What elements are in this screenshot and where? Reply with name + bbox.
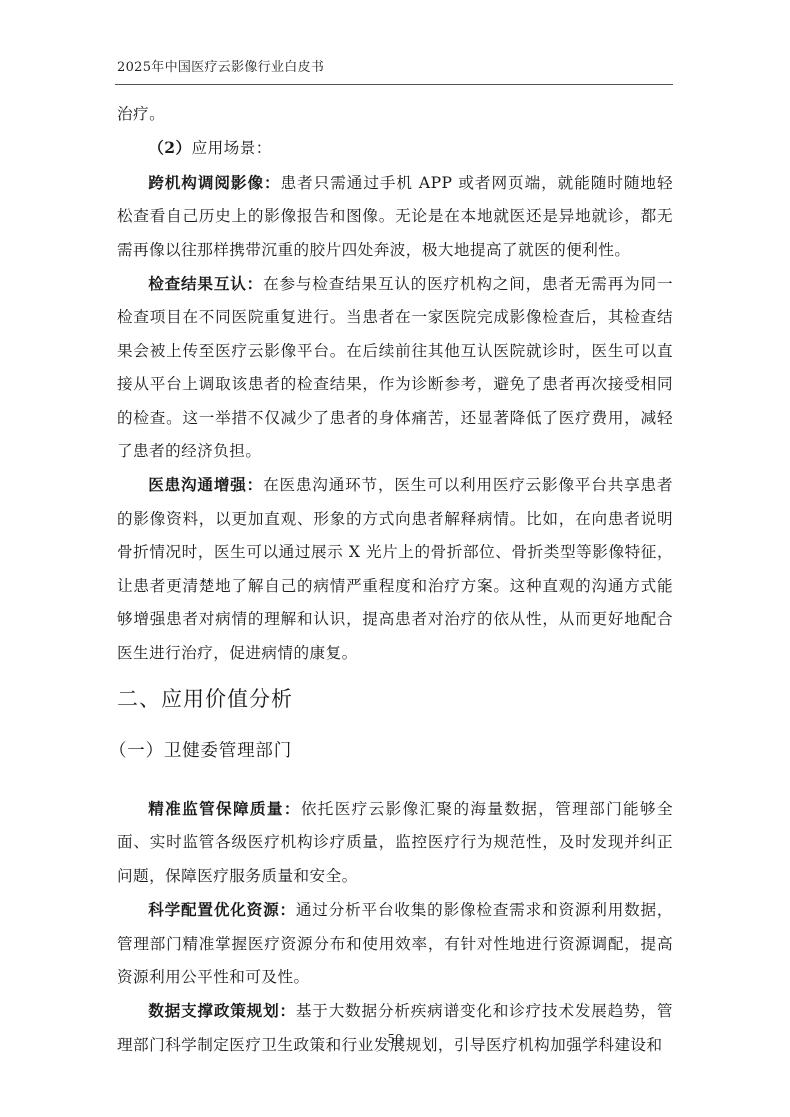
value-paragraph-resource-allocation: 科学配置优化资源：通过分析平台收集的影像检查需求和资源利用数据，管理部门精准掌握… <box>117 893 673 994</box>
section-heading: 二、应用价值分析 <box>117 670 673 728</box>
scenarios-heading: （2）应用场景： <box>117 131 673 165</box>
scenario-term: 跨机构调阅影像： <box>148 173 280 192</box>
page-number: 50 <box>117 1032 673 1046</box>
scenario-term: 检查结果互认： <box>148 274 263 293</box>
running-header: 2025年中国医疗云影像行业白皮书 <box>117 56 324 75</box>
value-paragraph-supervision: 精准监管保障质量：依托医疗云影像汇聚的海量数据，管理部门能够全面、实时监管各级医… <box>117 792 673 893</box>
scenario-text: 在参与检查结果互认的医疗机构之间，患者无需再为同一检查项目在不同医院重复进行。当… <box>117 275 673 460</box>
scenarios-heading-label: 应用场景： <box>192 139 272 157</box>
value-paragraph-policy-planning: 数据支撑政策规划：基于大数据分析疾病谱变化和诊疗技术发展趋势，管理部门科学制定医… <box>117 994 673 1062</box>
value-term: 数据支撑政策规划： <box>148 1001 296 1020</box>
continuation-paragraph: 治疗。 <box>117 98 673 131</box>
subsection-heading: （一）卫健委管理部门 <box>109 728 673 792</box>
value-term: 科学配置优化资源： <box>148 900 296 919</box>
scenarios-heading-number: （2） <box>148 138 191 157</box>
scenario-paragraph-doctor-patient-communication: 医患沟通增强：在医患沟通环节，医生可以利用医疗云影像平台共享患者的影像资料，以更… <box>117 468 673 669</box>
scenario-text: 在医患沟通环节，医生可以利用医疗云影像平台共享患者的影像资料，以更加直观、形象的… <box>117 476 673 661</box>
scenario-term: 医患沟通增强： <box>148 475 263 494</box>
scenario-paragraph-cross-institution: 跨机构调阅影像：患者只需通过手机 APP 或者网页端，就能随时随地轻松查看自己历… <box>117 166 673 267</box>
header-divider <box>115 84 673 85</box>
page-content: 治疗。 （2）应用场景： 跨机构调阅影像：患者只需通过手机 APP 或者网页端，… <box>117 98 673 1062</box>
value-term: 精准监管保障质量： <box>148 799 301 818</box>
scenario-paragraph-result-recognition: 检查结果互认：在参与检查结果互认的医疗机构之间，患者无需再为同一检查项目在不同医… <box>117 267 673 468</box>
